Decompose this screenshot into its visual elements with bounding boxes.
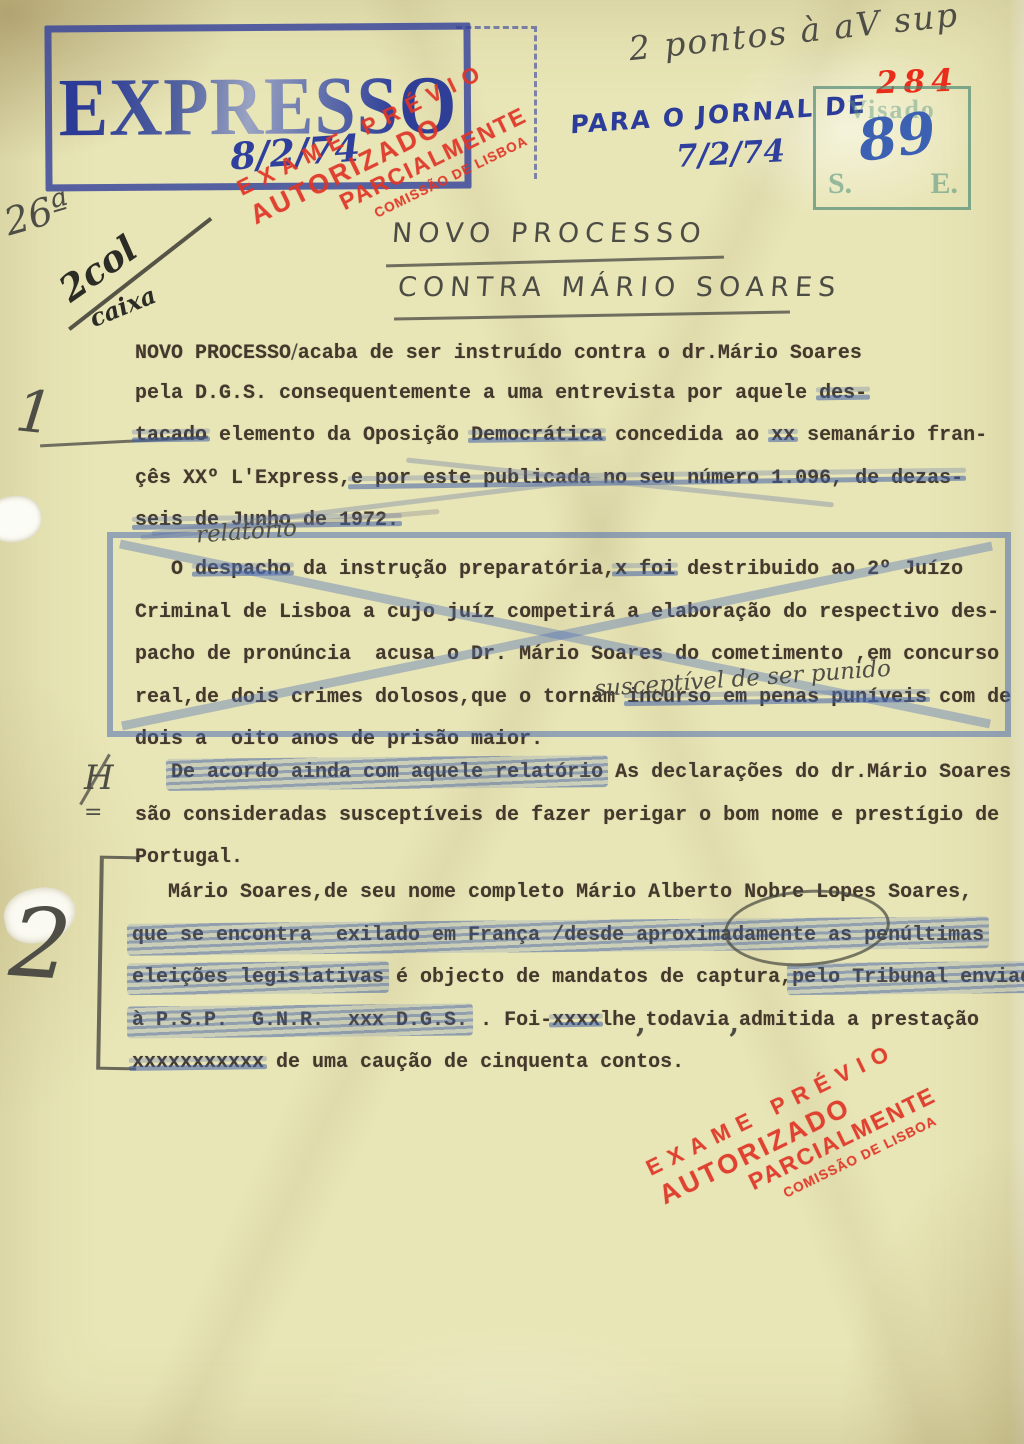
typed-paragraph-1: NOVO PROCESSO/acaba de ser instruído con… (135, 330, 987, 543)
censor-box-cross (106, 528, 1014, 742)
typed-text: NOVO PROCESSO (135, 342, 291, 365)
typed-line: tacado elemento da Oposição Democrática … (135, 415, 987, 458)
typed-text: todavia (646, 1009, 730, 1032)
typed-line: eleições legislativas é objecto de manda… (132, 957, 1024, 1000)
censored-text: à P.S.P. G.N.R. xxx D.G.S. (132, 1000, 468, 1043)
typed-line: NOVO PROCESSO/acaba de ser instruído con… (135, 330, 987, 373)
typed-text: lhe (600, 1009, 636, 1032)
typed-text: elemento da Oposição (207, 424, 471, 447)
censored-text: Democrática (471, 415, 603, 458)
typed-text: As declarações do dr.Mário Soares (603, 761, 1011, 784)
typed-line: pela D.G.S. consequentemente a uma entre… (135, 373, 987, 416)
typed-text: é objecto de mandatos de captura, (384, 966, 792, 989)
typed-text: de uma caução de cinquenta contos. (264, 1051, 684, 1074)
typed-text: são consideradas susceptíveis de fazer p… (135, 804, 999, 827)
typed-line: que se encontra exilado em França /desde… (132, 915, 1024, 958)
censored-text: des- (819, 373, 867, 416)
typed-text: çês XXº L'Express, (135, 467, 351, 490)
typed-paragraph-3: De acordo ainda com aquele relatório As … (135, 752, 1011, 880)
blue-number: 89 (854, 99, 940, 175)
censored-text: xxxxxxxxxxx (132, 1042, 264, 1085)
typed-text: Portugal. (135, 846, 243, 869)
typed-text: pela D.G.S. consequentemente a uma entre… (135, 382, 819, 405)
typed-text: concedida ao (603, 424, 771, 447)
margin-h-equals: = (84, 800, 102, 825)
typed-text: . Foi- (468, 1009, 552, 1032)
censored-text: tacado (135, 415, 207, 458)
handwritten-mark: / (291, 339, 298, 363)
pencil-note-top-right: 2 pontos à aV sup (627, 0, 961, 68)
typed-text: semanário fran- (795, 424, 987, 447)
censored-text: De acordo ainda com aquele relatório (171, 752, 603, 795)
censored-text: xxxx (552, 1000, 600, 1043)
typed-line: De acordo ainda com aquele relatório As … (135, 752, 1011, 795)
typed-line: Mário Soares,de seu nome completo Mário … (132, 872, 1024, 915)
margin-number-2: 2 (6, 886, 75, 1002)
visado-stamp-right: E. (930, 167, 958, 201)
punch-hole (0, 492, 45, 545)
censored-text: eleições legislativas (132, 957, 384, 1000)
censored-text: xx (771, 415, 795, 458)
typed-line: çês XXº L'Express,e por este publicada n… (135, 458, 987, 501)
margin-number-1: 1 (13, 376, 57, 447)
title-underline (394, 311, 790, 321)
censored-press-document: EXPRESSO 8/2/74 EXAME PRÉVIO AUTORIZADO … (0, 0, 1024, 1444)
handwritten-title-line1: NOVO PROCESSO (391, 218, 708, 249)
handwritten-mark: , (730, 1008, 739, 1039)
typed-text: acaba de ser instruído contra o dr.Mário… (298, 342, 862, 365)
typed-line: são consideradas susceptíveis de fazer p… (135, 795, 1011, 838)
handwritten-mark: , (636, 1008, 645, 1039)
handwritten-title-line2: CONTRA MÁRIO SOARES (397, 272, 842, 303)
title-underline (386, 256, 724, 268)
margin-note-26: 26ª (0, 184, 75, 245)
visado-stamp-left: S. (828, 167, 852, 201)
typed-text: admitida a prestação (739, 1009, 979, 1032)
handwritten-jornal-line2: 7/2/74 (675, 133, 786, 175)
